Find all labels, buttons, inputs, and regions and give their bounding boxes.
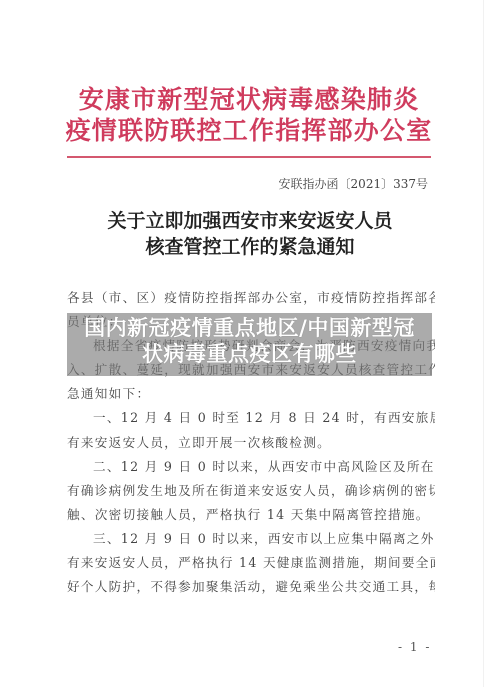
page-edge xyxy=(483,0,484,687)
banner-line-2: 状病毒重点疫区有哪些 xyxy=(67,341,432,367)
body-line: 有来安返安人员，严格执行 14 天健康监测措施，期间要全面做 xyxy=(67,551,435,575)
notice-title-line-1: 关于立即加强西安市来安返安人员 xyxy=(60,208,440,234)
red-header-divider xyxy=(67,156,431,158)
issuing-organization-title: 安康市新型冠状病毒感染肺炎 疫情联防联控工作指挥部办公室 xyxy=(60,84,438,146)
body-line: 触、次密切接触人员，严格执行 14 天集中隔离管控措施。 xyxy=(67,503,435,527)
org-title-line-1: 安康市新型冠状病毒感染肺炎 xyxy=(60,84,438,115)
notice-title-line-2: 核查管控工作的紧急通知 xyxy=(60,234,440,260)
notice-title: 关于立即加强西安市来安返安人员 核查管控工作的紧急通知 xyxy=(60,208,440,260)
body-line: 有来安返安人员，立即开展一次核酸检测。 xyxy=(67,431,435,455)
body-line: 二、12 月 9 日 0 时以来，从西安市中高风险区及所在街道、 xyxy=(67,455,435,479)
body-line: 各县（市、区）疫情防控指挥部办公室，市疫情防控指挥部各成 xyxy=(67,286,435,310)
banner-line-1: 国内新冠疫情重点地区/中国新型冠 xyxy=(67,315,432,341)
body-line: 急通知如下： xyxy=(67,382,435,406)
body-line: 好个人防护，不得参加聚集活动，避免乘坐公共交通工具，每间 xyxy=(67,575,435,599)
body-line: 有确诊病例发生地及所在街道来安返安人员，确诊病例的密切接 xyxy=(67,479,435,503)
document-number: 安联指办函〔2021〕337号 xyxy=(279,175,428,192)
overlay-banner-caption: 国内新冠疫情重点地区/中国新型冠 状病毒重点疫区有哪些 xyxy=(67,315,432,367)
page-number: - 1 - xyxy=(398,640,431,654)
org-title-line-2: 疫情联防联控工作指挥部办公室 xyxy=(60,115,438,146)
body-line: 一、12 月 4 日 0 时至 12 月 8 日 24 时，有西安旅居史的所 xyxy=(67,406,435,430)
body-line: 三、12 月 9 日 0 时以来，西安市以上应集中隔离之外的所 xyxy=(67,527,435,551)
